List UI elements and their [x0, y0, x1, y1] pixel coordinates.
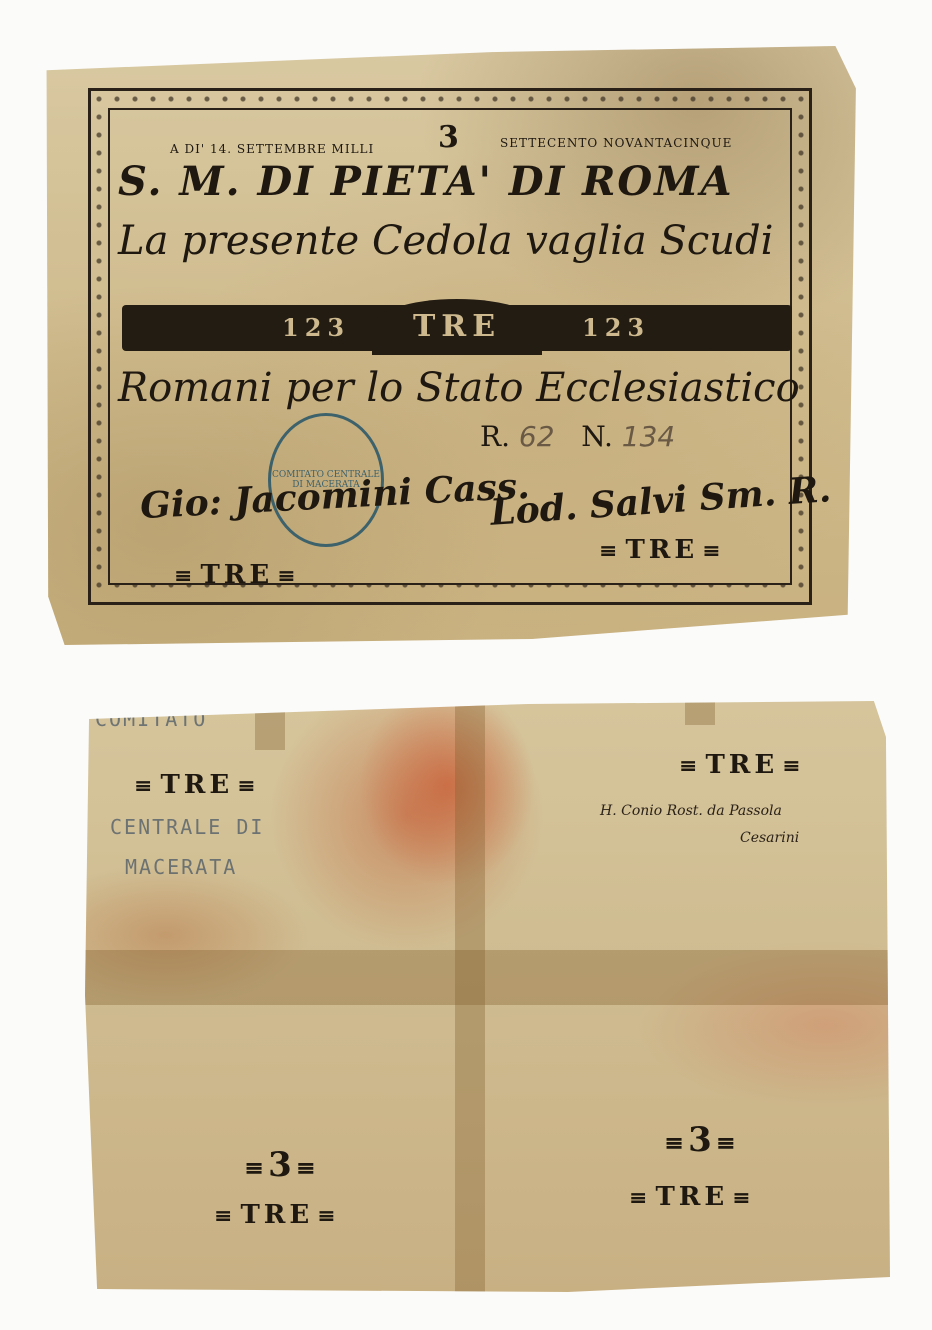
- serial-prefix: R.: [480, 420, 510, 453]
- denomination-band: 123 TRE 123: [122, 305, 792, 351]
- currency-line: Romani per lo Stato Ecclesiastico: [118, 365, 800, 411]
- date-line-right: SETTECENTO NOVANTACINQUE: [500, 136, 732, 150]
- denomination-bottom-left: TRE: [170, 560, 304, 590]
- pencil-macerata: MACERATA: [125, 855, 237, 879]
- back-denomination-bottom-right: TRE: [625, 1182, 759, 1212]
- tape-top-right: [685, 695, 715, 725]
- date-line-left: A DI' 14. SETTEMBRE MILLI: [170, 142, 374, 156]
- serial-label: N.: [581, 420, 613, 453]
- back-denomination-bottom-left: TRE: [210, 1200, 344, 1230]
- band-numbers-left: 123: [282, 313, 350, 342]
- band-numbers-right: 123: [582, 313, 650, 342]
- date-numeral: 3: [438, 120, 460, 155]
- serial-number: R. 62 N. 134: [480, 420, 675, 453]
- serial-register: 62: [519, 420, 555, 453]
- tape-top-left: [255, 695, 285, 750]
- back-numeral-bottom-left: 3: [240, 1145, 320, 1185]
- handwritten-note-line1: H. Conio Rost. da Passola: [600, 803, 782, 819]
- value-line: La presente Cedola vaglia Scudi: [118, 218, 773, 264]
- banknote-back: COMITATO TRE CENTRALE DI MACERATA TRE H.…: [85, 695, 890, 1295]
- date-line: A DI' 14. SETTEMBRE MILLI 3 SETTECENTO N…: [170, 142, 374, 156]
- back-numeral-bottom-right: 3: [660, 1120, 740, 1160]
- pencil-centrale: CENTRALE DI: [110, 815, 264, 839]
- back-denomination-top-right: TRE: [675, 750, 809, 780]
- denomination-bottom-right: TRE: [595, 535, 729, 565]
- serial-value: 134: [622, 420, 675, 453]
- back-denomination-top-left: TRE: [130, 770, 264, 800]
- handwritten-note-line2: Cesarini: [740, 830, 799, 846]
- tape-vertical: [455, 695, 485, 1295]
- banknote-front: A DI' 14. SETTEMBRE MILLI 3 SETTECENTO N…: [40, 40, 860, 645]
- pencil-comitato: COMITATO: [95, 707, 207, 731]
- institution-title: S. M. DI PIETA' DI ROMA: [118, 158, 734, 205]
- tape-horizontal: [85, 950, 890, 1005]
- band-word: TRE: [372, 299, 542, 355]
